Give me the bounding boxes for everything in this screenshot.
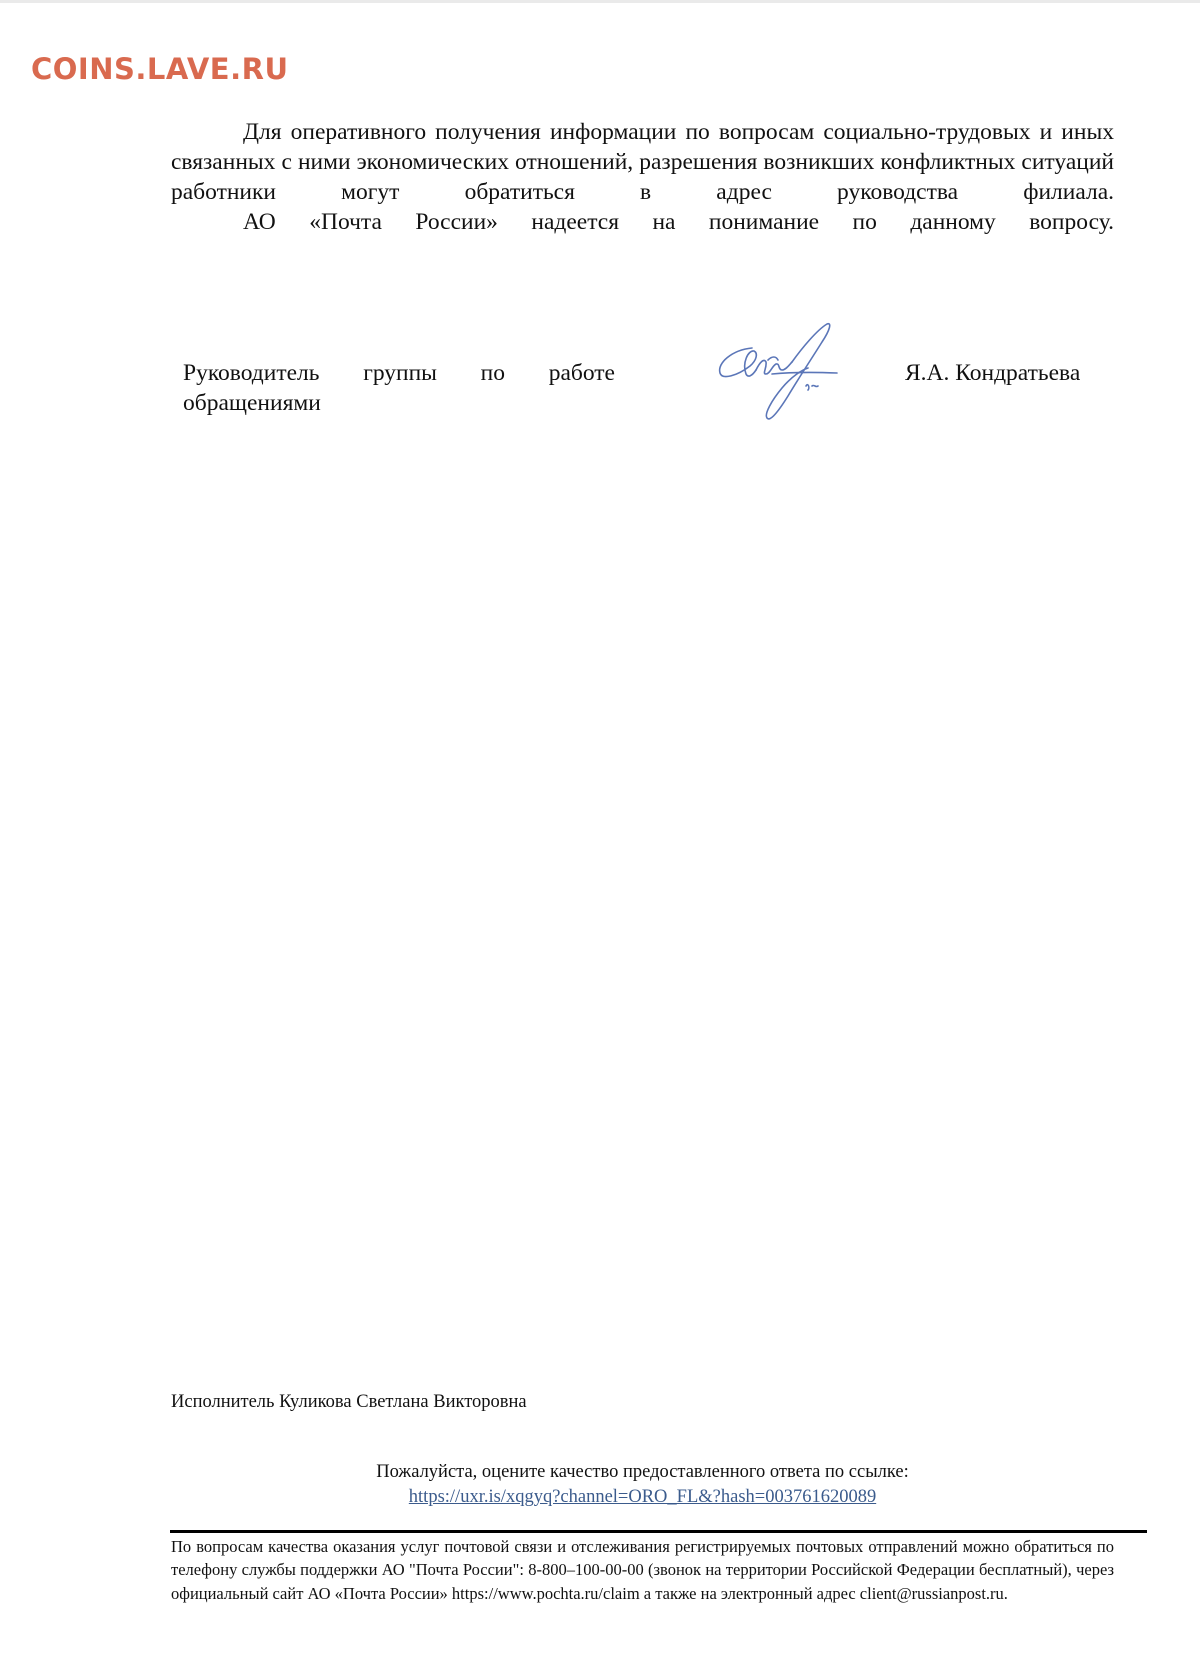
- signer-position-word: работе: [549, 358, 615, 388]
- letter-body: Для оперативного получения информации по…: [171, 117, 1114, 237]
- footer-paragraph: По вопросам качества оказания услуг почт…: [171, 1535, 1114, 1605]
- footer-separator: [170, 1530, 1147, 1533]
- signer-position-word: Руководитель: [183, 358, 319, 388]
- body-paragraph: Для оперативного получения информации по…: [171, 117, 1114, 207]
- signature-icon: [712, 318, 862, 433]
- footer-info: По вопросам качества оказания услуг почт…: [171, 1535, 1114, 1605]
- signer-position-line: обращениями: [183, 388, 615, 418]
- signer-position: Руководитель группы по работе обращениям…: [183, 358, 615, 418]
- rating-block: Пожалуйста, оцените качество предоставле…: [171, 1460, 1114, 1510]
- rating-prompt: Пожалуйста, оцените качество предоставле…: [171, 1460, 1114, 1485]
- watermark: COINS.LAVE.RU: [31, 52, 289, 86]
- body-paragraph: АО «Почта России» надеется на понимание …: [171, 207, 1114, 237]
- signer-position-word: по: [481, 358, 505, 388]
- top-border: [0, 0, 1200, 3]
- signer-position-line: Руководитель группы по работе: [183, 358, 615, 388]
- rating-link[interactable]: https://uxr.is/xqgyq?channel=ORO_FL&?has…: [409, 1487, 876, 1507]
- executor-name: Исполнитель Куликова Светлана Викторовна: [171, 1390, 527, 1414]
- signer-name: Я.А. Кондратьева: [905, 358, 1080, 388]
- signer-position-word: группы: [363, 358, 437, 388]
